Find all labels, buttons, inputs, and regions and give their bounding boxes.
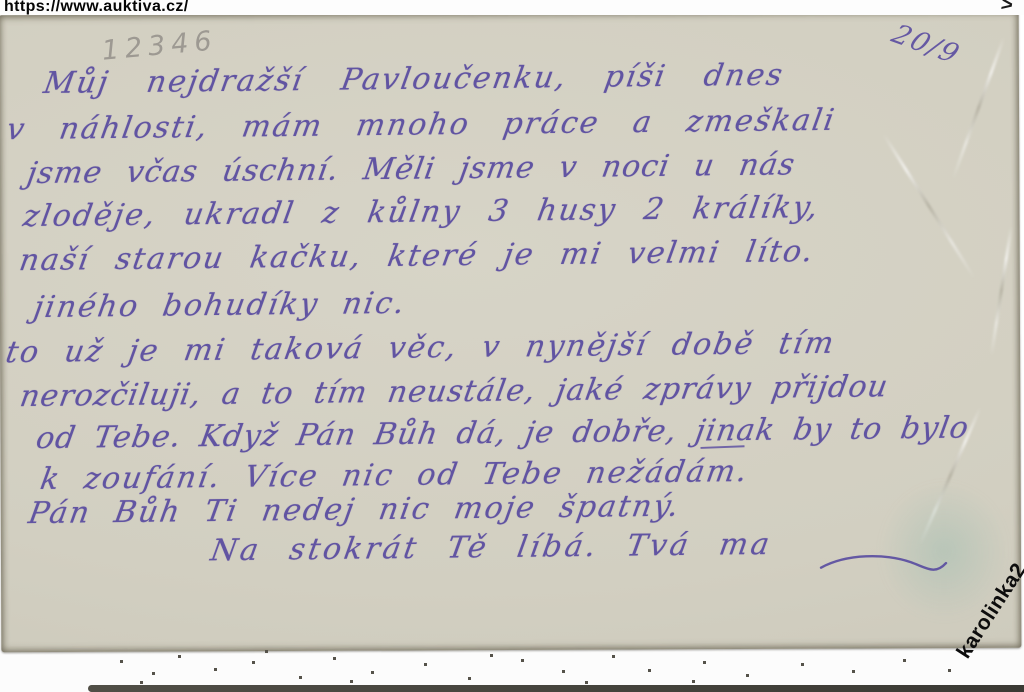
handwriting-line: jiného bohudíky nic.: [31, 286, 409, 325]
paper-crease: [952, 37, 1006, 179]
paper-crease: [990, 226, 1013, 355]
scanned-postcard-photo: https://www.auktiva.cz/ > 12346 20/9 Můj…: [0, 0, 1024, 692]
source-url-overlay: https://www.auktiva.cz/: [4, 0, 189, 16]
handwriting-line: nerozčiluji, a to tím neustále, jaké zpr…: [17, 369, 891, 414]
handwriting-line: jsme včas úschní. Měli jsme v noci u nás: [24, 147, 797, 191]
handwriting-line: to už je mi taková věc, v nynější době t…: [3, 326, 838, 370]
handwriting-line: Pán Bůh Ti nedej nic moje špatný.: [26, 489, 683, 531]
scan-edge-shadow: [88, 685, 1024, 692]
signature-flourish: [819, 551, 949, 583]
handwriting-line: zloděje, ukradl z kůlny 3 husy 2 králíky…: [21, 190, 823, 234]
handwriting-line: naší starou kačku, které je mi velmi lít…: [17, 234, 817, 278]
handwriting-line: Můj nejdražší Pavloučenku, píši dnes: [41, 58, 787, 101]
handwriting-line: Na stokrát Tě líbá. Tvá ma: [208, 527, 775, 568]
handwriting-line: od Tebe. Když Pán Bůh dá, je dobře, jina…: [34, 410, 972, 456]
handwritten-date: 20/9: [886, 19, 965, 70]
handwriting-line: v náhlosti, mám mnoho práce a zmeškali: [4, 103, 838, 147]
ink-underline: [700, 445, 744, 449]
postcard-paper: 12346 20/9 Můj nejdražší Pavloučenku, pí…: [0, 11, 1021, 652]
pencil-catalog-number: 12346: [101, 25, 219, 66]
scanner-top-strip: https://www.auktiva.cz/ >: [0, 0, 1024, 15]
